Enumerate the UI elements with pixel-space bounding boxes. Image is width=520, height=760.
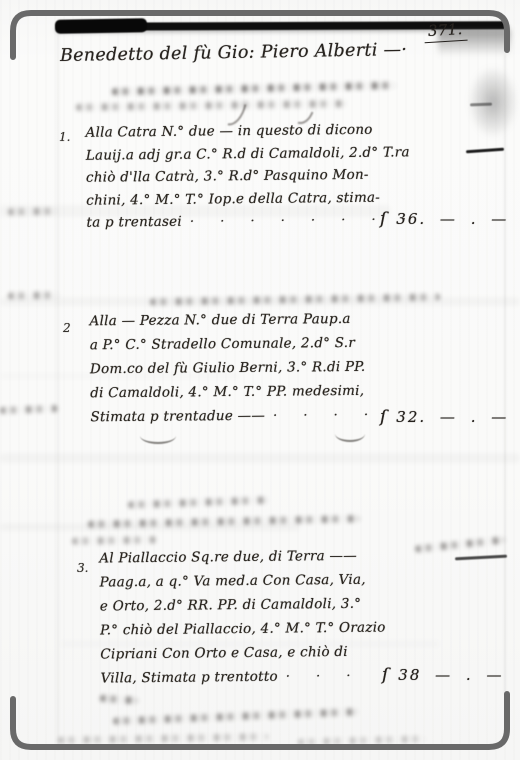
folio-number: 371. (423, 20, 467, 44)
ghost-flourish (335, 426, 365, 442)
scan-edge-shadow-left (55, 18, 147, 34)
entry-line: ta p trentasei (86, 211, 182, 234)
ghost-bleedthrough-line (8, 208, 58, 216)
entry-line: Stimata p trentadue —— (90, 404, 265, 430)
entry-value: ſ 36. — . — (380, 209, 508, 229)
scan-streak (0, 453, 520, 463)
entry-line: a P.° C.° Stradello Comunale, 2.d° S.r (90, 331, 379, 358)
currency-mark: ſ (380, 209, 386, 229)
entry-line: P.° chiò del Piallaccio, 4.° M.° T.° Ora… (100, 616, 386, 643)
ghost-bleedthrough-line (8, 292, 60, 300)
entry-number: 3. (77, 561, 88, 575)
scan-shadow-blob (468, 66, 518, 138)
entry-line: chiò d'lla Catrà, 3.° R.d° Pasquino Mon- (86, 163, 417, 189)
entry-line: e Orto, 2.d° RR. PP. di Camaldoli, 3.° (100, 592, 386, 619)
ghost-flourish (140, 428, 176, 444)
value-amount: 38 — . — (398, 666, 503, 684)
entry-line: Alla Catra N.° due — in questo di dicono (85, 118, 416, 144)
entry: Al Piallaccio Sq.re due, di Terra —— Paa… (99, 544, 386, 692)
manuscript-scan: Benedetto del fù Gio: Piero Alberti —· 3… (0, 0, 520, 760)
entry-line: chini, 4.° M.° T.° Iop.e della Catra, st… (86, 186, 417, 212)
ghost-bleedthrough-line (72, 536, 157, 544)
entry-value: ſ 32. — . — (380, 407, 508, 427)
entry-line: Cipriani Con Orto e Casa, e chiò di (100, 640, 386, 667)
entry-value: ſ 38 — . — (382, 665, 503, 685)
entry-number: 2 (63, 321, 71, 335)
entry-line: Dom.co del fù Giulio Berni, 3.° R.di PP. (90, 355, 379, 382)
entry-line: Al Piallaccio Sq.re due, di Terra —— (99, 544, 385, 571)
entry-line: Paag.a, a q.° Va med.a Con Casa, Via, (99, 568, 385, 595)
entry: Alla Catra N.° due — in questo di dicono… (85, 118, 417, 235)
page-right-edge (504, 55, 506, 695)
entry-line: Alla — Pezza N.° due di Terra Paup.a (89, 307, 378, 334)
entry-number: 1. (59, 130, 70, 144)
entry-line: di Camaldoli, 4.° M.° T.° PP. medesimi, (90, 379, 379, 406)
value-amount: 36. — . — (396, 210, 508, 228)
currency-mark: ſ (380, 407, 386, 427)
entry-line: Villa, Stimata p trentotto (101, 665, 278, 691)
leader-dots: · · · (286, 665, 362, 690)
leader-dots: · · · · (273, 404, 379, 429)
entry: Alla — Pezza N.° due di Terra Paup.a a P… (89, 307, 379, 431)
value-amount: 32. — . — (396, 408, 508, 426)
currency-mark: ſ (382, 665, 388, 685)
